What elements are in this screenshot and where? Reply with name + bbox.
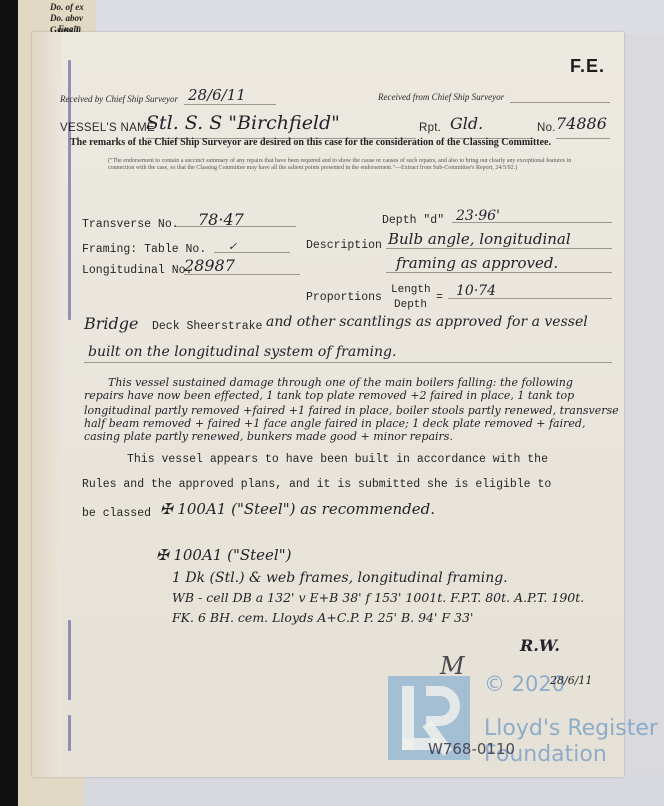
repairs-line: casing plate partly renewed, bunkers mad… [84, 430, 453, 443]
back-page-label: Do. abov [50, 13, 94, 24]
repairs-line: This vessel sustained damage through one… [108, 376, 573, 389]
signature-date: 28/6/11 [550, 674, 592, 687]
framing-table-label: Framing: Table No. [82, 243, 206, 256]
scantlings-printed: Deck Sheerstrake [152, 320, 262, 333]
scantlings-prefix: Bridge [84, 314, 138, 333]
class-recommendation: ✠ 100A1 ("Steel") as recommended. [160, 500, 435, 518]
proportions-equals: = [436, 291, 443, 304]
signature-initials-1: M [440, 652, 465, 680]
proportions-length: Length [391, 284, 431, 296]
received-by-label: Received by Chief Ship Surveyor [60, 94, 178, 104]
background-surface [84, 775, 664, 806]
proportions-depth: Depth [394, 299, 427, 311]
received-from-label: Received from Chief Ship Surveyor [378, 92, 504, 102]
class-notation-deck: 1 Dk (Stl.) & web frames, longitudinal f… [172, 570, 508, 586]
received-by-date: 28/6/11 [188, 86, 246, 104]
reference-code: W768-0110 [428, 740, 515, 758]
endorsement-note: ("The endorsement to contain a succinct … [108, 158, 583, 172]
conclusion-line-2: Rules and the approved plans, and it is … [82, 478, 551, 491]
number-label: No. [537, 122, 556, 134]
ink-stamp-line [68, 620, 71, 700]
longitudinal-value: 28987 [184, 256, 235, 275]
scantlings-line-2: built on the longitudinal system of fram… [88, 344, 396, 360]
ink-stamp-line [68, 715, 71, 751]
repairs-line: repairs have now been effected, 1 tank t… [84, 389, 574, 402]
form-code: F.E. [570, 56, 605, 77]
binder-edge [0, 0, 20, 806]
sheet-fold-edge [32, 32, 62, 777]
depth-label: Depth "d" [382, 214, 444, 227]
class-notation-bulkheads: FK. 6 BH. cem. Lloyds A+C.P. P. 25' B. 9… [172, 610, 473, 625]
repairs-line: longitudinal partly removed +faired +1 f… [84, 404, 619, 417]
background-surface [96, 0, 664, 34]
conclusion-line-3-printed: be classed [82, 507, 151, 520]
proportions-label: Proportions [306, 291, 382, 304]
signature-initials-2: R.W. [520, 636, 560, 655]
report-label: Rpt. [419, 122, 441, 134]
vessel-name-value: Stl. S. S "Birchfield" [146, 112, 340, 134]
description-line-1: Bulb angle, longitudinal [388, 230, 571, 248]
description-label: Description [306, 239, 382, 252]
description-line-2: framing as approved. [396, 254, 558, 272]
report-value: Gld. [450, 114, 483, 133]
proportions-value: 10·74 [456, 283, 496, 299]
repairs-line: half beam removed + faired +1 face angle… [84, 417, 585, 430]
longitudinal-label: Longitudinal No. [82, 264, 192, 277]
conclusion-line-1: This vessel appears to have been built i… [127, 453, 548, 466]
back-page-label: Do. of ex [50, 2, 94, 13]
vessel-name-label: VESSEL'S NAME [60, 122, 155, 134]
transverse-label: Transverse No. [82, 218, 179, 231]
class-notation: ✠ 100A1 ("Steel") [156, 546, 291, 564]
class-notation-tanks: WB - cell DB a 132' v E+B 38' f 153' 100… [172, 590, 584, 605]
number-value: 74886 [556, 114, 607, 133]
scantlings-line-1: and other scantlings as approved for a v… [266, 314, 588, 330]
watermark-line-1: Lloyd's Register [484, 716, 658, 741]
remarks-heading: The remarks of the Chief Ship Surveyor a… [70, 137, 551, 148]
